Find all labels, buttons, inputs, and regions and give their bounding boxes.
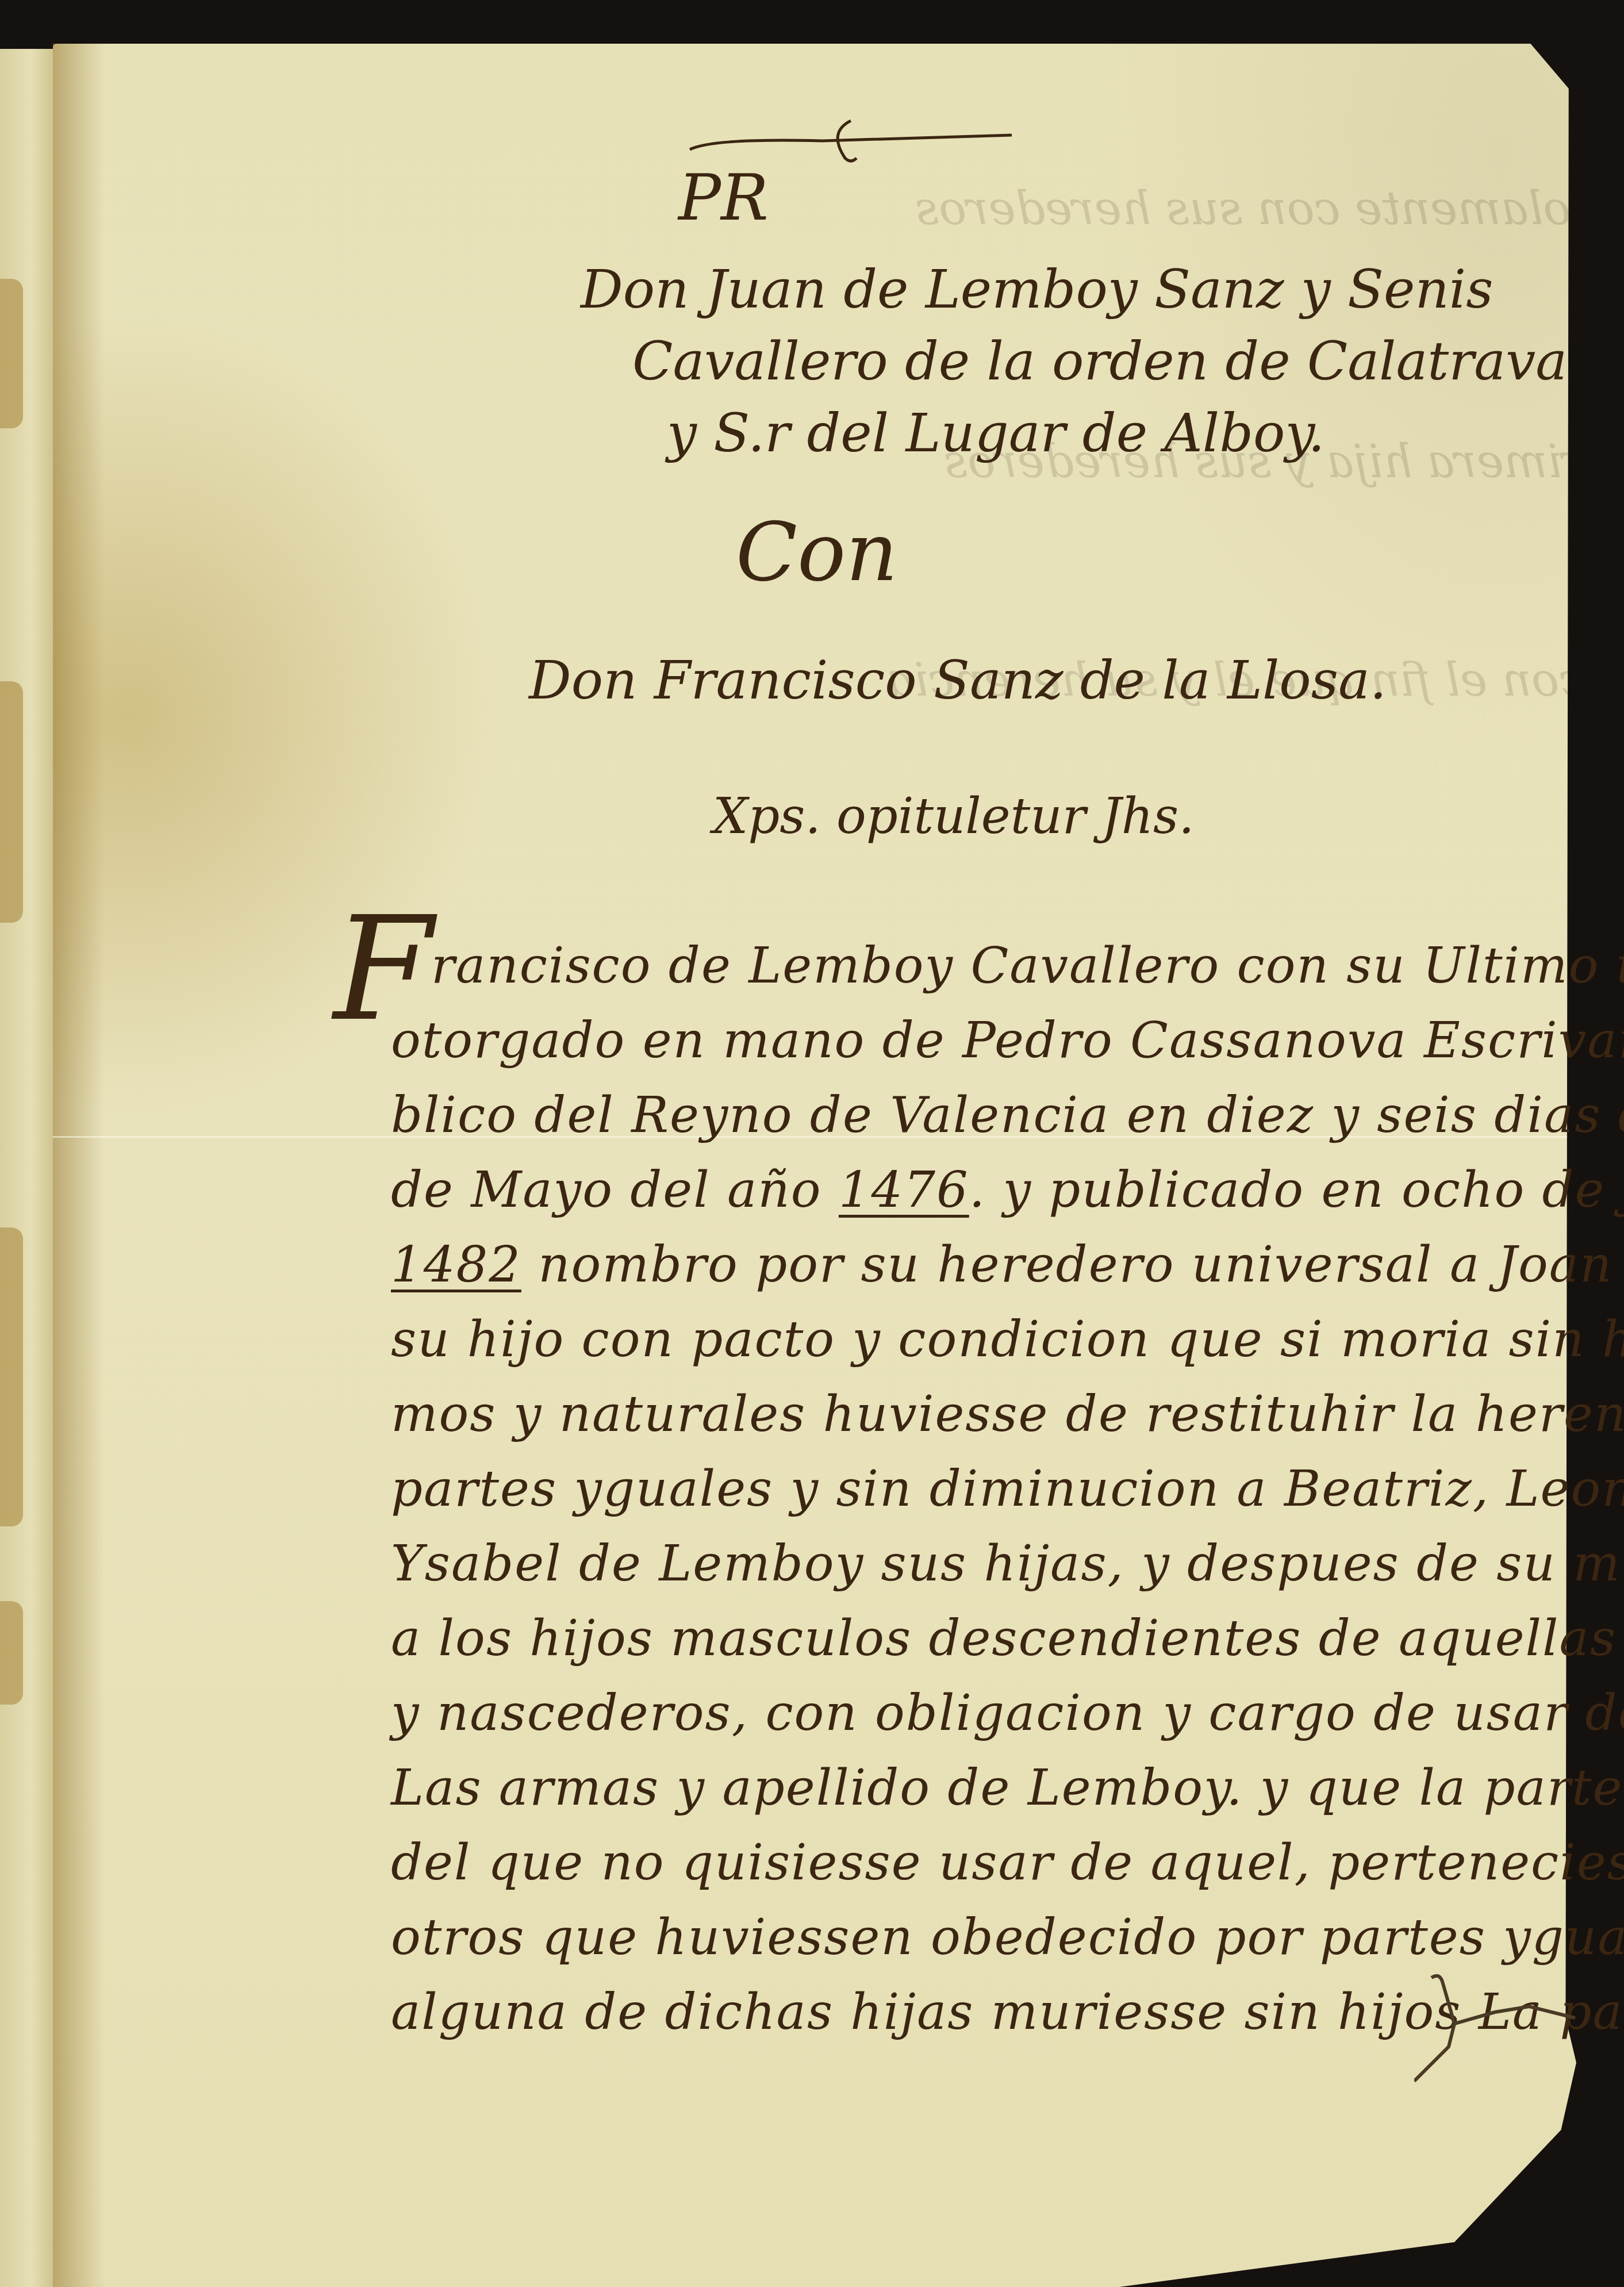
- body-line: 1482 nombro por su heredero universal a …: [391, 1236, 1624, 1294]
- body-line: a los hijos masculos descendientes de aq…: [391, 1610, 1624, 1667]
- water-stain: [0, 1227, 23, 1526]
- versus-heading: Con: [736, 506, 898, 600]
- water-stain: [0, 279, 23, 428]
- bleed-through-text: de aquella solamente con sus herederos: [915, 182, 1624, 235]
- body-text: . y publicado en ocho de Junio: [969, 1161, 1624, 1219]
- previous-page-edge: [0, 49, 54, 2287]
- body-text: nombro por su heredero universal a Joan …: [521, 1236, 1624, 1294]
- opponent-name: Don Francisco Sanz de la Llosa.: [529, 650, 1387, 711]
- body-line: otorgado en mano de Pedro Cassanova Escr…: [391, 1012, 1624, 1069]
- title-line-2: Cavallero de la orden de Calatrava: [632, 331, 1567, 392]
- body-line: mos y naturales huviesse de restituhir l…: [391, 1386, 1624, 1443]
- body-line: su hijo con pacto y condicion que si mor…: [391, 1311, 1624, 1368]
- year-underlined: 1482: [391, 1236, 521, 1294]
- body-line: otros que huviessen obedecido por partes…: [391, 1909, 1624, 1966]
- water-stain: [0, 1601, 23, 1705]
- body-line: Ysabel de Lemboy sus hijas, y despues de…: [391, 1535, 1624, 1593]
- body-line: rancisco de Lemboy Cavallero con su Ulti…: [431, 937, 1624, 995]
- paper-tear: [1414, 1972, 1587, 2087]
- year-underlined: 1476: [839, 1161, 969, 1219]
- title-line-3: y S.r del Lugar de Alboy.: [667, 402, 1324, 464]
- body-line: blico del Reyno de Valencia en diez y se…: [391, 1087, 1624, 1144]
- spine-stain: [53, 44, 105, 2287]
- title-line-1: Don Juan de Lemboy Sanz y Senis: [581, 259, 1493, 320]
- body-line: del que no quisiesse usar de aquel, pert…: [391, 1834, 1624, 1891]
- flourish-ornament: [678, 115, 1023, 167]
- invocation: Xps. opituletur Jhs.: [713, 788, 1195, 845]
- heading-mark: PR: [678, 161, 769, 235]
- body-line: y nascederos, con obligacion y cargo de …: [391, 1684, 1624, 1742]
- body-line: partes yguales y sin diminucion a Beatri…: [391, 1460, 1624, 1518]
- body-line: Las armas y apellido de Lemboy. y que la…: [391, 1759, 1623, 1817]
- water-stain: [0, 681, 23, 923]
- body-line: de Mayo del año 1476. y publicado en och…: [391, 1161, 1624, 1219]
- body-text: de Mayo del año: [391, 1161, 839, 1219]
